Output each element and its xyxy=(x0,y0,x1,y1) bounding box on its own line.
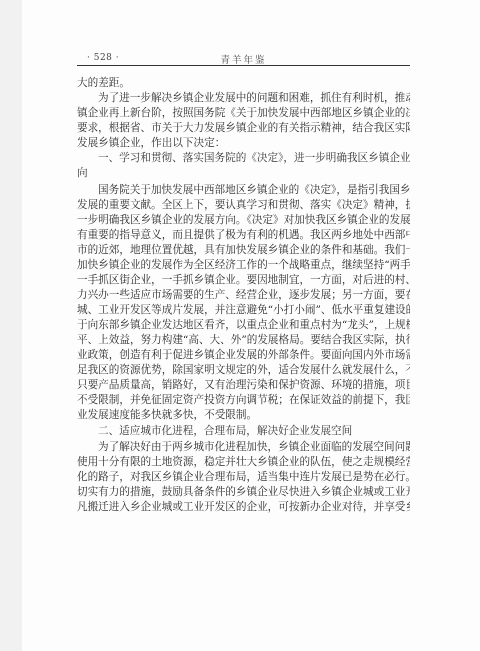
text-line: 发展乡镇企业，作出以下决定： xyxy=(77,136,410,151)
text-line: 业发展速度能多快就多快，不受限制。 xyxy=(77,408,410,423)
text-line: 发展的重要文献。全区上下，要认真学习和贯彻、落实《决定》精神，提高认识，进 xyxy=(77,198,410,213)
text-line: 一步明确我区乡镇企业的发展方向。《决定》对加快我区乡镇企业的发展不仅具 xyxy=(77,213,410,228)
text-line: 国务院关于加快发展中西部地区乡镇企业的《决定》，是指引我国乡镇企业 xyxy=(77,183,410,198)
text-line: 加快乡镇企业的发展作为全区经济工作的一个战略重点，继续坚持“两手抓”，即 xyxy=(77,258,410,273)
text-line: 为了进一步解决乡镇企业发展中的问题和困难，抓住有利时机，推动我区乡 xyxy=(77,91,410,106)
text-line: 凡搬迁进入乡企业城或工业开发区的企业，可按新办企业对待，并享受乡企城或 xyxy=(77,500,410,515)
running-title: 青羊年鉴 xyxy=(77,52,410,66)
text-line: 足我区的资源优势，除国家明文规定的外，适合发展什么就发展什么，不受限制； xyxy=(77,363,410,378)
text-line: 不受限制，并免征固定资产投资方向调节税；在保证效益的前提下，我区乡镇企 xyxy=(77,393,410,408)
header-rule xyxy=(77,65,410,66)
text-line: 业政策，创造有利于促进乡镇企业发展的外部条件。要面向国内外市场需要，立 xyxy=(77,348,410,363)
text-line: 切实有力的措施，鼓励具备条件的乡镇企业尽快进入乡镇企业城或工业开发区。 xyxy=(77,485,410,500)
text-line: 有重要的指导意义，而且提供了极为有利的机遇。我区两乡地处中西部中心城 xyxy=(77,228,410,243)
section-heading-line: 一、学习和贯彻、落实国务院的《决定》，进一步明确我区乡镇企业的发展方 xyxy=(77,151,410,166)
section-heading-line: 二、适应城市化进程，合理布局，解决好企业发展空间 xyxy=(77,424,410,439)
text-line: 市的近郊，地理位置优越，具有加快发展乡镇企业的条件和基础。我们一定要把 xyxy=(77,243,410,258)
text-line: 只要产品质量高，销路好，又有治理污染和保护资源、环境的措施，项目规模大小 xyxy=(77,378,410,393)
text-line: 一手抓区街企业，一手抓乡镇企业。要因地制宜，一方面，对后进的村、社提倡大 xyxy=(77,273,410,288)
text-line: 化的路子，对我区乡镇企业合理布局，适当集中连片发展已是势在必行。要采取 xyxy=(77,470,410,485)
running-header: · 528 · 青羊年鉴 xyxy=(77,51,410,65)
text-line: 使用十分有限的土地资源，稳定并壮大乡镇企业的队伍，使之走规模经营和集约 xyxy=(77,455,410,470)
text-line: 于向东部乡镇企业发达地区看齐，以重点企业和重点村为“龙头”，上规模、上水 xyxy=(77,318,410,333)
text-line: 要求，根据省、市关于大力发展乡镇企业的有关指示精神，结合我区实际，就加快 xyxy=(77,121,410,136)
text-line: 城、工业开发区等成片发展，并注意避免“小打小闹”、低水平重复建设的倾向，敢 xyxy=(77,303,410,318)
text-line: 力兴办一些适应市场需要的生产、经营企业，逐步发展；另一方面，要在乡镇企业 xyxy=(77,288,410,303)
text-line: 大的差距。 xyxy=(77,76,410,91)
text-line: 平、上效益，努力构建“高、大、外”的发展格局。要结合我区实际，执行国家的产 xyxy=(77,333,410,348)
text-line: 为了解决好由于两乡城市化进程加快，乡镇企业面临的发展空间问题，合理 xyxy=(77,440,410,455)
text-line: 镇企业再上新台阶，按照国务院《关于加快发展中西部地区乡镇企业的决定》的 xyxy=(77,106,410,121)
section-heading-line: 向 xyxy=(77,166,410,181)
